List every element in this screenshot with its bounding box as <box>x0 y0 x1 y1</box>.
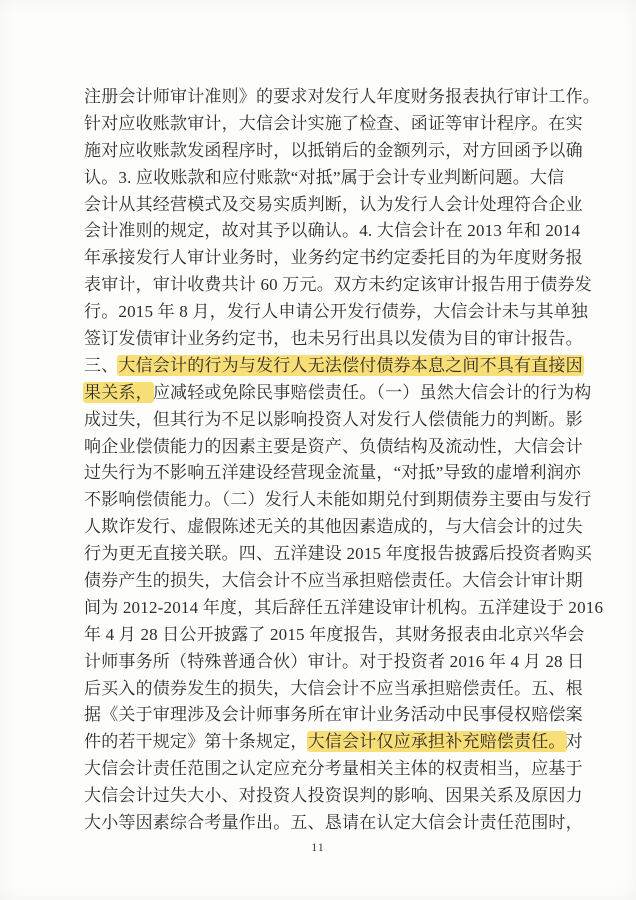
text-line: 过失行为不影响五洋建设经营现金流量，“对抵”导致的虚增利润亦 <box>84 460 556 487</box>
text-line: 债券产生的损失，大信会计不应当承担赔偿责任。大信会计审计期 <box>84 568 556 595</box>
text-line: 施对应收账款发函程序时，以抵销后的金额列示，对方回函予以确 <box>84 138 556 165</box>
text-line: 行为更无直接关联。四、五洋建设 2015 年度报告披露后投资者购买 <box>84 541 556 568</box>
text-segment: 人欺诈发行、虚假陈述无关的其他因素造成的，与大信会计的过失 <box>84 517 583 536</box>
text-line: 行。2015 年 8 月，发行人申请公开发行债券，大信会计未与其单独 <box>84 299 556 326</box>
text-line: 人欺诈发行、虚假陈述无关的其他因素造成的，与大信会计的过失 <box>84 514 556 541</box>
text-line: 响企业偿债能力的因素主要是资产、负债结构及流动性，大信会计 <box>84 434 556 461</box>
text-segment: 行为更无直接关联。四、五洋建设 2015 年度报告披露后投资者购买 <box>84 544 592 563</box>
text-segment: 签订发债审计业务约定书，也未另行出具以发债为目的审计报告。 <box>84 329 583 348</box>
text-segment: 成过失，但其行为不足以影响投资人对发行人偿债能力的判断。影 <box>84 410 583 429</box>
text-line: 认。3. 应收账款和应付账款“对抵”属于会计专业判断问题。大信 <box>84 165 556 192</box>
text-segment: 响企业偿债能力的因素主要是资产、负债结构及流动性，大信会计 <box>84 437 583 456</box>
text-line: 成过失，但其行为不足以影响投资人对发行人偿债能力的判断。影 <box>84 407 556 434</box>
text-segment: 注册会计师审计准则》的要求对发行人年度财务报表执行审计工作。 <box>84 87 600 106</box>
text-segment: 债券产生的损失，大信会计不应当承担赔偿责任。大信会计审计期 <box>84 571 583 590</box>
text-line: 大信会计责任范围之认定应充分考量相关主体的权责相当，应基于 <box>84 756 556 783</box>
text-segment: 会计准则的规定，故对其予以确认。4. 大信会计在 2013 年和 2014 <box>84 221 580 240</box>
text-segment: 件的若干规定》第十条规定， <box>84 732 308 751</box>
text-line: 大小等因素综合考量作出。五、恳请在认定大信会计责任范围时， <box>84 810 556 837</box>
highlighted-text: 果关系， <box>84 383 153 402</box>
text-segment: 大信会计过失大小、对投资人投资误判的影响、因果关系及原因力 <box>84 786 583 805</box>
highlighted-text: 大信会计仅应承担补充赔偿责任。 <box>308 732 566 751</box>
text-segment: 后买入的债券发生的损失，大信会计不应当承担赔偿责任。五、根 <box>84 679 583 698</box>
text-line: 大信会计过失大小、对投资人投资误判的影响、因果关系及原因力 <box>84 783 556 810</box>
text-segment: 年承接发行人审计业务时，业务约定书约定委托目的为年度财务报 <box>84 248 583 267</box>
text-segment: 三、 <box>84 356 118 375</box>
text-line: 不影响偿债能力。（二）发行人未能如期兑付到期债券主要由与发行 <box>84 487 556 514</box>
text-segment: 针对应收账款审计，大信会计实施了检查、函证等审计程序。在实 <box>84 114 583 133</box>
text-segment: 表审计，审计收费共计 60 万元。双方未约定该审计报告用于债券发 <box>84 275 592 294</box>
text-segment: 大信会计责任范围之认定应充分考量相关主体的权责相当，应基于 <box>84 759 583 778</box>
text-line: 针对应收账款审计，大信会计实施了检查、函证等审计程序。在实 <box>84 111 556 138</box>
text-line: 后买入的债券发生的损失，大信会计不应当承担赔偿责任。五、根 <box>84 676 556 703</box>
document-page: 注册会计师审计准则》的要求对发行人年度财务报表执行审计工作。针对应收账款审计，大… <box>0 0 636 900</box>
text-segment: 应减轻或免除民事赔偿责任。（一）虽然大信会计的行为构 <box>153 383 592 402</box>
text-segment: 会计从其经营模式及交易实质判断，认为发行人会计处理符合企业 <box>84 195 583 214</box>
text-line: 三、大信会计的行为与发行人无法偿付债券本息之间不具有直接因 <box>84 353 556 380</box>
text-segment: 年 4 月 28 日公开披露了 2015 年度报告，其财务报表由北京兴华会 <box>84 625 584 644</box>
text-line: 果关系，应减轻或免除民事赔偿责任。（一）虽然大信会计的行为构 <box>84 380 556 407</box>
text-line: 会计准则的规定，故对其予以确认。4. 大信会计在 2013 年和 2014 <box>84 218 556 245</box>
text-line: 年 4 月 28 日公开披露了 2015 年度报告，其财务报表由北京兴华会 <box>84 622 556 649</box>
text-line: 计师事务所（特殊普通合伙）审计。对于投资者 2016 年 4 月 28 日 <box>84 649 556 676</box>
text-segment: 对 <box>566 732 583 751</box>
text-segment: 据《关于审理涉及会计师事务所在审计业务活动中民事侵权赔偿案 <box>84 705 583 724</box>
text-line: 据《关于审理涉及会计师事务所在审计业务活动中民事侵权赔偿案 <box>84 702 556 729</box>
text-segment: 过失行为不影响五洋建设经营现金流量，“对抵”导致的虚增利润亦 <box>84 463 581 482</box>
text-segment: 大小等因素综合考量作出。五、恳请在认定大信会计责任范围时， <box>84 813 583 832</box>
text-line: 会计从其经营模式及交易实质判断，认为发行人会计处理符合企业 <box>84 192 556 219</box>
text-segment: 施对应收账款发函程序时，以抵销后的金额列示，对方回函予以确 <box>84 141 583 160</box>
text-segment: 不影响偿债能力。（二）发行人未能如期兑付到期债券主要由与发行 <box>84 490 592 509</box>
text-segment: 间为 2012-2014 年度，其后辞任五洋建设审计机构。五洋建设于 2016 <box>84 598 603 617</box>
text-line: 年承接发行人审计业务时，业务约定书约定委托目的为年度财务报 <box>84 245 556 272</box>
text-line: 间为 2012-2014 年度，其后辞任五洋建设审计机构。五洋建设于 2016 <box>84 595 556 622</box>
text-segment: 认。3. 应收账款和应付账款“对抵”属于会计专业判断问题。大信 <box>84 168 564 187</box>
page-number: 11 <box>0 840 636 855</box>
text-line: 件的若干规定》第十条规定，大信会计仅应承担补充赔偿责任。对 <box>84 729 556 756</box>
text-block: 注册会计师审计准则》的要求对发行人年度财务报表执行审计工作。针对应收账款审计，大… <box>84 84 556 837</box>
highlighted-text: 大信会计的行为与发行人无法偿付债券本息之间不具有直接因 <box>118 356 582 375</box>
text-line: 签订发债审计业务约定书，也未另行出具以发债为目的审计报告。 <box>84 326 556 353</box>
text-segment: 行。2015 年 8 月，发行人申请公开发行债券，大信会计未与其单独 <box>84 302 588 321</box>
text-segment: 计师事务所（特殊普通合伙）审计。对于投资者 2016 年 4 月 28 日 <box>84 652 584 671</box>
text-line: 表审计，审计收费共计 60 万元。双方未约定该审计报告用于债券发 <box>84 272 556 299</box>
text-line: 注册会计师审计准则》的要求对发行人年度财务报表执行审计工作。 <box>84 84 556 111</box>
